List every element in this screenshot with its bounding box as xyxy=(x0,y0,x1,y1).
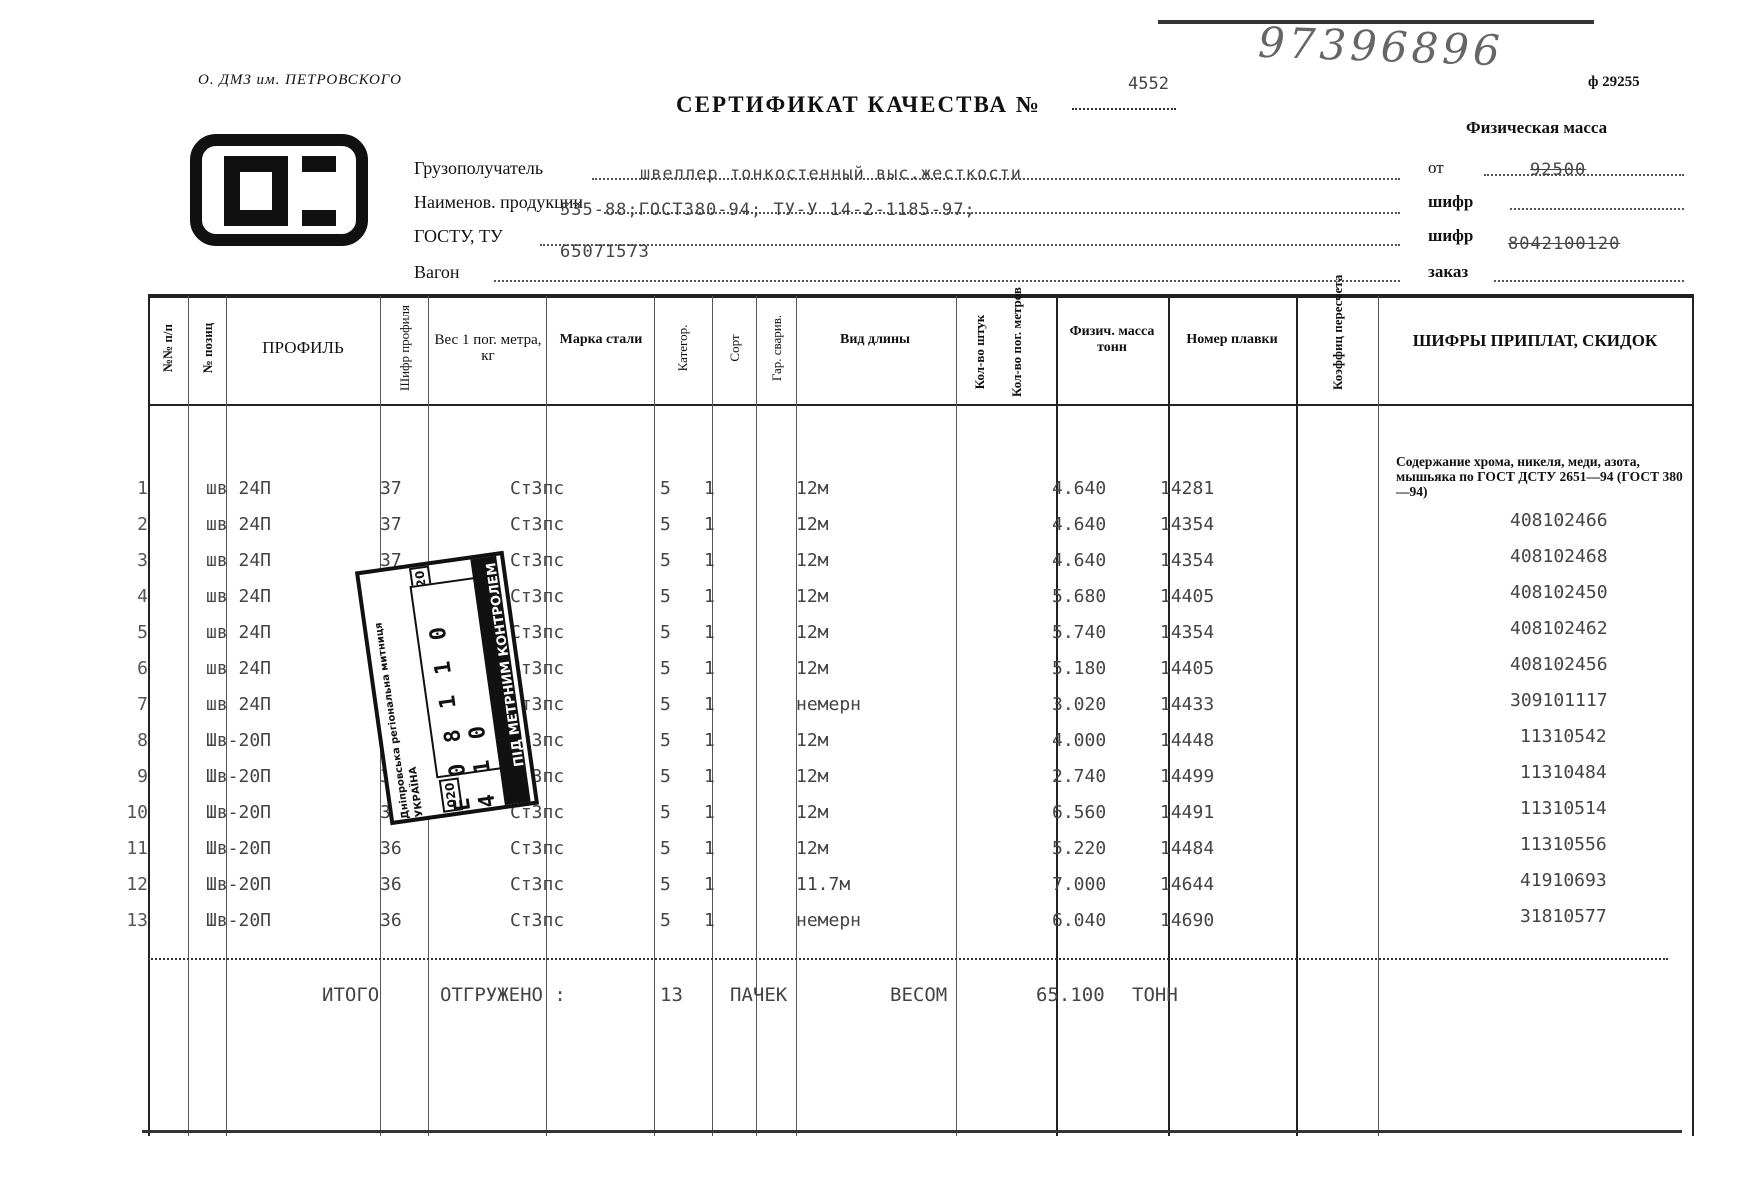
surcharge-code: 11310484 xyxy=(1520,762,1607,783)
physical-mass: 4.000 xyxy=(1052,730,1106,751)
length-type: 12м xyxy=(796,586,829,607)
order-label: заказ xyxy=(1428,262,1468,282)
col-divider xyxy=(546,296,547,1136)
product-name-value: 535-88;ГОСТ380-94; ТУ-У 14-2-1185-97; xyxy=(560,200,976,220)
surcharge-code: 408102456 xyxy=(1510,654,1608,675)
total-bundle-unit: ПАЧЕК xyxy=(730,984,787,1006)
physical-mass: 4.640 xyxy=(1052,550,1106,571)
length-type: 12м xyxy=(796,730,829,751)
plant-logo-icon xyxy=(190,134,368,246)
heat-number: 14433 xyxy=(1160,694,1214,715)
sort: 1 xyxy=(704,766,715,787)
wagon-label: Вагон xyxy=(414,262,460,283)
length-type: немерн xyxy=(796,910,861,931)
sort: 1 xyxy=(704,658,715,679)
surcharge-code: 309101117 xyxy=(1510,690,1608,711)
heat-number: 14644 xyxy=(1160,874,1214,895)
category: 5 xyxy=(660,838,671,859)
physical-mass: 4.640 xyxy=(1052,514,1106,535)
profile: Шв-20П xyxy=(206,838,271,859)
length-type: 12м xyxy=(796,550,829,571)
category: 5 xyxy=(660,694,671,715)
col-header-ciphers: ШИФРЫ ПРИПЛАТ, СКИДОК xyxy=(1382,332,1688,350)
steel-grade: Ст3пс xyxy=(510,838,564,859)
col-divider xyxy=(188,296,189,1136)
total-bundle-count: 13 xyxy=(660,984,683,1006)
from-label: от xyxy=(1428,158,1444,178)
steel-grade: Ст3пс xyxy=(510,478,564,499)
col-header-steel-grade: Марка стали xyxy=(556,332,646,348)
steel-grade: Ст3пс xyxy=(510,586,564,607)
col-header-profile-cipher: Шифр профиля xyxy=(397,303,413,393)
row-number: 6 xyxy=(118,658,148,679)
physical-mass: 4.640 xyxy=(1052,478,1106,499)
sort: 1 xyxy=(704,586,715,607)
profile: Шв-20П xyxy=(206,730,271,751)
profile-cipher: 36 xyxy=(380,874,402,895)
col-divider xyxy=(1056,296,1058,1136)
row-number: 12 xyxy=(118,874,148,895)
heat-number: 14484 xyxy=(1160,838,1214,859)
col-header-heat-number: Номер плавки xyxy=(1172,332,1292,348)
physical-mass: 7.000 xyxy=(1052,874,1106,895)
length-type: 12м xyxy=(796,478,829,499)
total-weight-label: ВЕСОМ xyxy=(890,984,947,1006)
heat-number: 14354 xyxy=(1160,514,1214,535)
col-header-position: № позиц xyxy=(200,308,216,388)
steel-grade: Ст3пс xyxy=(510,622,564,643)
col-header-physical-mass: Физич. масса тонн xyxy=(1060,324,1164,356)
col-header-conversion-coeff: Коэффиц пересчета xyxy=(1330,306,1346,390)
category: 5 xyxy=(660,802,671,823)
col-divider xyxy=(756,296,757,1136)
profile-cipher: 36 xyxy=(380,910,402,931)
heat-number: 14354 xyxy=(1160,550,1214,571)
col-header-category: Категор. xyxy=(675,313,691,383)
length-type: 12м xyxy=(796,838,829,859)
heat-number: 14405 xyxy=(1160,586,1214,607)
profile-cipher: 37 xyxy=(380,478,402,499)
length-type: 12м xyxy=(796,766,829,787)
category: 5 xyxy=(660,478,671,499)
profile: шв 24П xyxy=(206,622,271,643)
from-value: 92500 xyxy=(1530,160,1586,180)
category: 5 xyxy=(660,514,671,535)
physical-mass: 3.020 xyxy=(1052,694,1106,715)
sort: 1 xyxy=(704,622,715,643)
col-divider xyxy=(1378,296,1379,1136)
row-number: 7 xyxy=(118,694,148,715)
col-divider xyxy=(956,296,957,1136)
surcharge-code: 408102462 xyxy=(1510,618,1608,639)
heat-number: 14354 xyxy=(1160,622,1214,643)
sort: 1 xyxy=(704,550,715,571)
profile: шв 24П xyxy=(206,586,271,607)
surcharge-code: 408102466 xyxy=(1510,510,1608,531)
physical-mass: 2.740 xyxy=(1052,766,1106,787)
col-header-sort: Сорт xyxy=(727,313,743,383)
row-number: 2 xyxy=(118,514,148,535)
col-divider xyxy=(654,296,655,1136)
length-type: 12м xyxy=(796,658,829,679)
col-divider xyxy=(226,296,227,1136)
physical-mass: 5.680 xyxy=(1052,586,1106,607)
profile: шв 24П xyxy=(206,658,271,679)
row-number: 11 xyxy=(118,838,148,859)
order-line xyxy=(1494,280,1684,282)
total-weight: 65.100 xyxy=(1036,984,1105,1006)
category: 5 xyxy=(660,658,671,679)
row-number: 8 xyxy=(118,730,148,751)
surcharge-code: 408102450 xyxy=(1510,582,1608,603)
heat-number: 14405 xyxy=(1160,658,1214,679)
profile: шв 24П xyxy=(206,478,271,499)
surcharge-code: 11310556 xyxy=(1520,834,1607,855)
heat-number: 14499 xyxy=(1160,766,1214,787)
profile: Шв-20П xyxy=(206,874,271,895)
page-title: СЕРТИФИКАТ КАЧЕСТВА № xyxy=(676,92,1041,118)
heat-number: 14491 xyxy=(1160,802,1214,823)
steel-grade: Ст3пс xyxy=(510,550,564,571)
physical-mass: 6.560 xyxy=(1052,802,1106,823)
plant-name: О. ДМЗ им. ПЕТРОВСКОГО xyxy=(198,72,402,89)
col-header-quantity: Кол-во штук xyxy=(972,312,988,392)
consignee-label: Грузополучатель xyxy=(414,158,543,179)
table-right-border xyxy=(1692,296,1694,1136)
form-number: ф 29255 xyxy=(1588,74,1640,91)
row-number: 10 xyxy=(118,802,148,823)
surcharge-code: 11310542 xyxy=(1520,726,1607,747)
length-type: 12м xyxy=(796,514,829,535)
totals-separator xyxy=(148,958,1668,960)
physical-mass: 5.740 xyxy=(1052,622,1106,643)
col-divider xyxy=(712,296,713,1136)
heat-number: 14281 xyxy=(1160,478,1214,499)
surcharge-code: 11310514 xyxy=(1520,798,1607,819)
col-header-weld-guarantee: Гар. сварив. xyxy=(769,313,785,383)
product-name-label: Наименов. продукции xyxy=(414,192,583,213)
sort: 1 xyxy=(704,730,715,751)
sort: 1 xyxy=(704,910,715,931)
cipher2-value: 8042100120 xyxy=(1508,234,1620,254)
heat-number: 14690 xyxy=(1160,910,1214,931)
sort: 1 xyxy=(704,478,715,499)
sort: 1 xyxy=(704,874,715,895)
physical-mass: 5.220 xyxy=(1052,838,1106,859)
wagon-line xyxy=(494,280,1400,282)
col-divider xyxy=(796,296,797,1136)
steel-grade: Ст3пс xyxy=(510,910,564,931)
col-divider xyxy=(1168,296,1170,1136)
profile: Шв-20П xyxy=(206,766,271,787)
steel-grade: Ст3пс xyxy=(510,874,564,895)
row-number: 4 xyxy=(118,586,148,607)
category: 5 xyxy=(660,766,671,787)
profile-cipher: 37 xyxy=(380,514,402,535)
category: 5 xyxy=(660,550,671,571)
chemical-content-note: Содержание хрома, никеля, меди, азота, м… xyxy=(1396,454,1686,499)
profile: шв 24П xyxy=(206,514,271,535)
profile: шв 24П xyxy=(206,550,271,571)
heat-number: 14448 xyxy=(1160,730,1214,751)
category: 5 xyxy=(660,874,671,895)
surcharge-code: 408102468 xyxy=(1510,546,1608,567)
col-divider xyxy=(1296,296,1298,1136)
surcharge-code: 31810577 xyxy=(1520,906,1607,927)
row-number: 1 xyxy=(118,478,148,499)
total-label: ИТОГО xyxy=(322,984,379,1006)
profile: шв 24П xyxy=(206,694,271,715)
cipher2-label: шифр xyxy=(1428,226,1473,246)
col-header-profile: ПРОФИЛЬ xyxy=(226,340,380,356)
gost-line xyxy=(540,244,1400,246)
category: 5 xyxy=(660,622,671,643)
cipher1-label: шифр xyxy=(1428,192,1473,212)
certificate-number-line xyxy=(1072,108,1176,110)
sort: 1 xyxy=(704,838,715,859)
sort: 1 xyxy=(704,694,715,715)
table-bottom-border xyxy=(142,1130,1682,1133)
col-header-weight-per-meter: Вес 1 пог. метра, кг xyxy=(434,332,542,364)
length-type: 12м xyxy=(796,802,829,823)
profile: Шв-20П xyxy=(206,910,271,931)
profile: Шв-20П xyxy=(206,802,271,823)
surcharge-code: 41910693 xyxy=(1520,870,1607,891)
sort: 1 xyxy=(704,514,715,535)
row-number: 9 xyxy=(118,766,148,787)
col-divider xyxy=(148,296,150,1136)
steel-grade: Ст3пс xyxy=(510,514,564,535)
category: 5 xyxy=(660,910,671,931)
gost-label: ГОСТУ, ТУ xyxy=(414,226,503,247)
row-number: 13 xyxy=(118,910,148,931)
cipher1-line xyxy=(1510,208,1684,210)
col-header-length-type: Вид длины xyxy=(800,332,950,348)
col-header-row-no: №№ п/п xyxy=(160,308,176,388)
row-number: 3 xyxy=(118,550,148,571)
certificate-number: 4552 xyxy=(1128,74,1169,94)
total-shipped-label: ОТГРУЖЕНО : xyxy=(440,984,566,1006)
row-number: 5 xyxy=(118,622,148,643)
physical-mass: 5.180 xyxy=(1052,658,1106,679)
length-type: немерн xyxy=(796,694,861,715)
gost-value: 65071573 xyxy=(560,242,650,262)
sort: 1 xyxy=(704,802,715,823)
category: 5 xyxy=(660,730,671,751)
length-type: 12м xyxy=(796,622,829,643)
handwritten-number: 97396896 xyxy=(1257,18,1504,76)
col-header-running-meters: Кол-во пог. метров xyxy=(1009,307,1025,397)
category: 5 xyxy=(660,586,671,607)
profile-cipher: 36 xyxy=(380,838,402,859)
consignee-value: швеллер тонкостенный выс.жесткости xyxy=(640,164,1022,184)
physical-mass-title: Физическая масса xyxy=(1466,118,1607,138)
length-type: 11.7м xyxy=(796,874,850,895)
total-weight-unit: ТОНН xyxy=(1132,984,1178,1006)
physical-mass: 6.040 xyxy=(1052,910,1106,931)
